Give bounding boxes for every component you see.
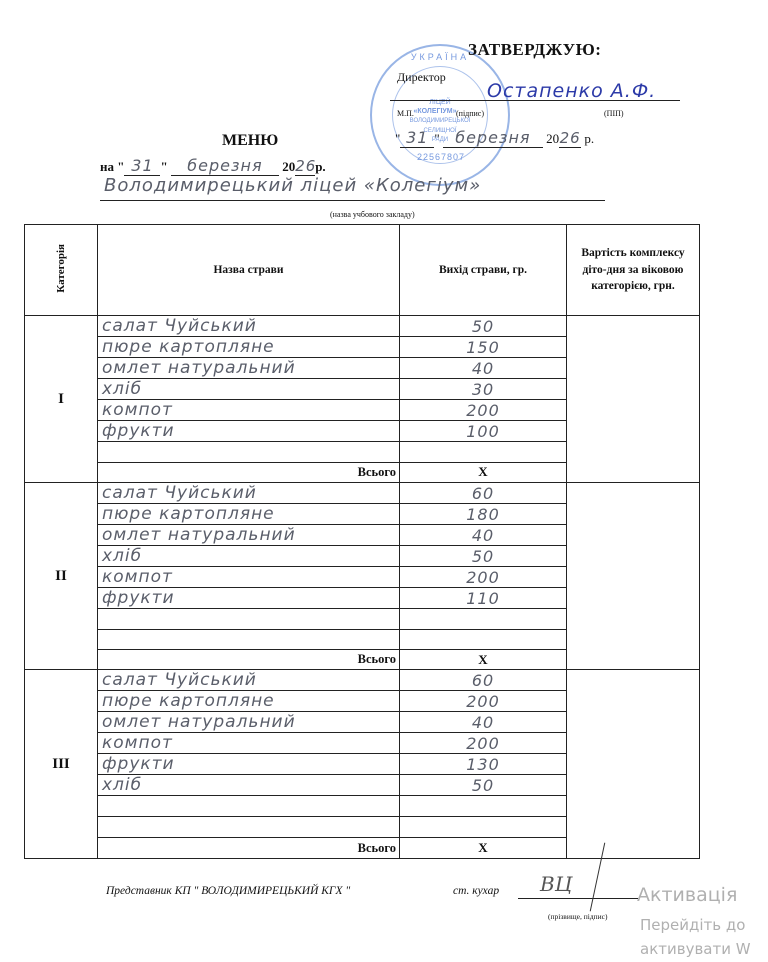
dish-output-cell: 50 [400,316,567,337]
dish-output-cell: 200 [400,733,567,754]
dish-name-cell: омлет натуральний [98,525,400,546]
dish-name-cell: пюре картопляне [98,337,400,358]
menu-month: березня [171,156,279,176]
dish-name-cell [98,629,400,649]
table-body: Iсалат Чуйський50пюре картопляне150омлет… [25,316,700,859]
school-name: Володимирецький ліцей «Колегіум» [104,175,481,196]
approval-day: 31 [400,128,434,148]
mp-label: М.П. [397,109,414,118]
dish-output-cell: 200 [400,400,567,421]
pip-caption: (ПІП) [604,109,624,118]
dish-output-cell: 40 [400,712,567,733]
dish-name-cell: салат Чуйський [98,316,400,337]
dish-output-cell [400,817,567,838]
menu-date-prefix: на [100,159,114,174]
dish-output-cell: 50 [400,775,567,796]
dish-name-cell: салат Чуйський [98,670,400,691]
activation-watermark-line2: активувати W [640,940,751,958]
menu-title: МЕНЮ [222,132,278,150]
menu-table: Категорія Назва страви Вихід страви, гр.… [24,224,700,859]
table-row: Iсалат Чуйський50 [25,316,700,337]
dish-name-cell: хліб [98,379,400,400]
representative-label: Представник КП " ВОЛОДИМИРЕЦЬКИЙ КГХ " [106,885,350,897]
dish-output-cell: 40 [400,525,567,546]
total-value: X [400,462,567,483]
dish-name-cell [98,796,400,817]
dish-output-cell: 110 [400,588,567,609]
cook-caption: (прізвище, підпис) [548,912,607,921]
dish-output-cell: 60 [400,670,567,691]
header-category: Категорія [25,225,98,316]
dish-name-cell: хліб [98,546,400,567]
school-caption: (назва учбового закладу) [330,210,415,219]
cost-cell [567,670,700,859]
dish-name-cell: салат Чуйський [98,483,400,504]
dish-output-cell: 100 [400,421,567,442]
dish-name-cell: омлет натуральний [98,358,400,379]
total-label: Всього [98,462,400,483]
cook-signature-line [518,898,638,899]
dish-output-cell [400,629,567,649]
director-name: Остапенко А.Ф. [487,80,656,102]
dish-output-cell: 30 [400,379,567,400]
activation-watermark-line1: Перейдіть до [640,916,745,934]
cook-signature: ВЦ [540,872,572,896]
total-value: X [400,649,567,669]
dish-name-cell [98,817,400,838]
sign-caption: (підпис) [456,109,484,118]
dish-name-cell: хліб [98,775,400,796]
dish-output-cell: 130 [400,754,567,775]
cost-cell [567,316,700,483]
approval-month: березня [443,128,543,148]
menu-date: на "31" березня 2026р. [100,156,326,176]
header-dish: Назва страви [98,225,400,316]
table-row: IIIсалат Чуйський60 [25,670,700,691]
dish-output-cell: 200 [400,691,567,712]
total-label: Всього [98,649,400,669]
cost-cell [567,483,700,670]
dish-name-cell: омлет натуральний [98,712,400,733]
dish-name-cell: пюре картопляне [98,504,400,525]
dish-output-cell: 60 [400,483,567,504]
dish-name-cell: компот [98,400,400,421]
cook-label: ст. кухар [453,885,499,897]
dish-output-cell: 50 [400,546,567,567]
dish-output-cell [400,796,567,817]
stamp-line3: ВОЛОДИМИРЕЦЬКОЇ [404,118,476,124]
menu-day: 31 [124,156,160,176]
dish-output-cell: 150 [400,337,567,358]
approval-year-prefix: 20 [546,131,559,146]
dish-name-cell: фрукти [98,588,400,609]
approval-date: "31" березня 2026 р. [395,128,594,148]
director-signature: Остапенко А.Ф. [392,80,656,102]
activation-watermark-title: Активація [637,884,737,906]
dish-name-cell: пюре картопляне [98,691,400,712]
approval-title: ЗАТВЕРДЖУЮ: [468,40,601,60]
category-cell: II [25,483,98,670]
category-cell: III [25,670,98,859]
header-category-label: Категорія [55,244,67,293]
approval-year-suffix-label: р. [584,131,594,146]
stamp-code: 22567807 [408,152,474,162]
dish-output-cell: 180 [400,504,567,525]
menu-year-prefix: 20 [282,159,295,174]
menu-year-label: р. [315,159,325,174]
approval-year-suffix: 26 [559,129,581,148]
header-cost: Вартість комплексу діто-дня за віковою к… [567,225,700,316]
dish-output-cell [400,609,567,629]
stamp-top-text: УКРАЇНА [405,52,475,62]
table-row: IIсалат Чуйський60 [25,483,700,504]
header-output: Вихід страви, гр. [400,225,567,316]
table-header-row: Категорія Назва страви Вихід страви, гр.… [25,225,700,316]
category-cell: I [25,316,98,483]
dish-output-cell: 40 [400,358,567,379]
total-value: X [400,838,567,859]
dish-output-cell: 200 [400,567,567,588]
dish-name-cell [98,609,400,629]
dish-name-cell [98,442,400,463]
dish-name-cell: компот [98,567,400,588]
dish-output-cell [400,442,567,463]
total-label: Всього [98,838,400,859]
dish-name-cell: фрукти [98,754,400,775]
menu-year-suffix: 26 [295,157,315,176]
dish-name-cell: компот [98,733,400,754]
dish-name-cell: фрукти [98,421,400,442]
